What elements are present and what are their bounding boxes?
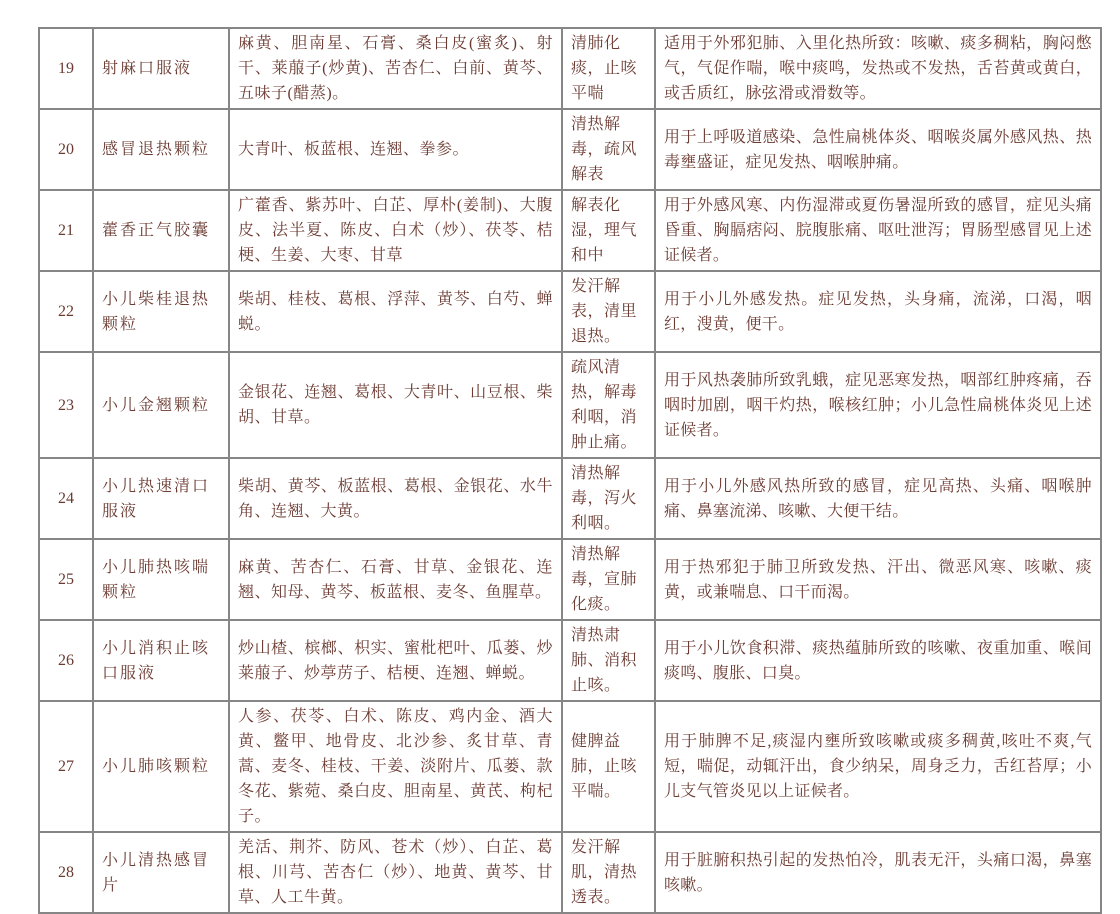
row-number: 25 xyxy=(39,539,93,620)
function-cell: 清热解毒，宣肺化痰。 xyxy=(562,539,655,620)
table-row: 20 感冒退热颗粒 大青叶、板蓝根、连翘、拳参。 清热解毒，疏风解表 用于上呼吸… xyxy=(39,109,1101,190)
medicine-name: 小儿热速清口服液 xyxy=(93,458,229,539)
function-cell: 发汗解表，清里退热。 xyxy=(562,271,655,352)
indication-cell: 用于小儿饮食积滞、痰热蕴肺所致的咳嗽、夜重加重、喉间痰鸣、腹胀、口臭。 xyxy=(655,620,1101,689)
function-cell: 清热解毒，疏风解表 xyxy=(562,109,655,190)
function-cell: 疏风清热，解毒利咽，消肿止痛。 xyxy=(562,352,655,458)
medicine-name: 藿香正气胶囊 xyxy=(93,190,229,271)
table-row: 21 藿香正气胶囊 广藿香、紫苏叶、白芷、厚朴(姜制)、大腹皮、法半夏、陈皮、白… xyxy=(39,190,1101,271)
function-cell: 解表化湿，理气和中 xyxy=(562,190,655,271)
row-number: 22 xyxy=(39,271,93,352)
medicine-name: 感冒退热颗粒 xyxy=(93,109,229,190)
medicine-name: 射麻口服液 xyxy=(93,28,229,109)
ingredients-cell: 广藿香、紫苏叶、白芷、厚朴(姜制)、大腹皮、法半夏、陈皮、白术（炒）、茯苓、桔梗… xyxy=(229,190,562,271)
table-row: 25 小儿肺热咳喘颗粒 麻黄、苦杏仁、石膏、甘草、金银花、连翘、知母、黄芩、板蓝… xyxy=(39,539,1101,620)
medicine-name: 小儿柴桂退热颗粒 xyxy=(93,271,229,352)
row-number: 21 xyxy=(39,190,93,271)
ingredients-cell: 麻黄、苦杏仁、石膏、甘草、金银花、连翘、知母、黄芩、板蓝根、麦冬、鱼腥草。 xyxy=(229,539,562,620)
indication-cell: 用于小儿外感风热所致的感冒，症见高热、头痛、咽喉肿痛、鼻塞流涕、咳嗽、大便干结。 xyxy=(655,458,1101,539)
medicine-table: 19 射麻口服液 麻黄、胆南星、石膏、桑白皮(蜜炙)、射干、莱菔子(炒黄)、苦杏… xyxy=(38,27,1102,689)
table-body: 19 射麻口服液 麻黄、胆南星、石膏、桑白皮(蜜炙)、射干、莱菔子(炒黄)、苦杏… xyxy=(39,28,1101,689)
indication-cell: 适用于外邪犯肺、入里化热所致：咳嗽、痰多稠粘，胸闷憋气，气促作喘，喉中痰鸣，发热… xyxy=(655,28,1101,109)
row-number: 20 xyxy=(39,109,93,190)
ingredients-cell: 大青叶、板蓝根、连翘、拳参。 xyxy=(229,109,562,190)
medicine-name: 小儿金翘颗粒 xyxy=(93,352,229,458)
row-number: 26 xyxy=(39,620,93,689)
indication-cell: 用于外感风寒、内伤湿滞或夏伤暑湿所致的感冒，症见头痛昏重、胸膈痞闷、脘腹胀痛、呕… xyxy=(655,190,1101,271)
medicine-name: 小儿消积止咳口服液 xyxy=(93,620,229,689)
ingredients-cell: 炒山楂、槟榔、枳实、蜜枇杷叶、瓜蒌、炒莱菔子、炒葶苈子、桔梗、连翘、蝉蜕。 xyxy=(229,620,562,689)
row-number: 23 xyxy=(39,352,93,458)
indication-cell: 用于风热袭肺所致乳蛾，症见恶寒发热，咽部红肿疼痛，吞咽时加剧，咽干灼热，喉核红肿… xyxy=(655,352,1101,458)
table-row: 23 小儿金翘颗粒 金银花、连翘、葛根、大青叶、山豆根、柴胡、甘草。 疏风清热，… xyxy=(39,352,1101,458)
indication-cell: 用于热邪犯于肺卫所致发热、汗出、微恶风寒、咳嗽、痰黄，或兼喘息、口干而渴。 xyxy=(655,539,1101,620)
ingredients-cell: 柴胡、黄芩、板蓝根、葛根、金银花、水牛角、连翘、大黄。 xyxy=(229,458,562,539)
row-number: 19 xyxy=(39,28,93,109)
table-row: 19 射麻口服液 麻黄、胆南星、石膏、桑白皮(蜜炙)、射干、莱菔子(炒黄)、苦杏… xyxy=(39,28,1101,109)
table-row: 22 小儿柴桂退热颗粒 柴胡、桂枝、葛根、浮萍、黄芩、白芍、蝉蜕。 发汗解表，清… xyxy=(39,271,1101,352)
function-cell: 清肺化痰，止咳平喘 xyxy=(562,28,655,109)
ingredients-cell: 金银花、连翘、葛根、大青叶、山豆根、柴胡、甘草。 xyxy=(229,352,562,458)
medicine-table-container: 19 射麻口服液 麻黄、胆南星、石膏、桑白皮(蜜炙)、射干、莱菔子(炒黄)、苦杏… xyxy=(38,27,1100,689)
function-cell: 清热解毒，泻火利咽。 xyxy=(562,458,655,539)
ingredients-cell: 柴胡、桂枝、葛根、浮萍、黄芩、白芍、蝉蜕。 xyxy=(229,271,562,352)
indication-cell: 用于小儿外感发热。症见发热，头身痛，流涕，口渴，咽红，溲黄，便干。 xyxy=(655,271,1101,352)
row-number: 24 xyxy=(39,458,93,539)
indication-cell: 用于上呼吸道感染、急性扁桃体炎、咽喉炎属外感风热、热毒壅盛证，症见发热、咽喉肿痛… xyxy=(655,109,1101,190)
table-row: 24 小儿热速清口服液 柴胡、黄芩、板蓝根、葛根、金银花、水牛角、连翘、大黄。 … xyxy=(39,458,1101,539)
ingredients-cell: 麻黄、胆南星、石膏、桑白皮(蜜炙)、射干、莱菔子(炒黄)、苦杏仁、白前、黄芩、五… xyxy=(229,28,562,109)
medicine-name: 小儿肺热咳喘颗粒 xyxy=(93,539,229,620)
table-row: 26 小儿消积止咳口服液 炒山楂、槟榔、枳实、蜜枇杷叶、瓜蒌、炒莱菔子、炒葶苈子… xyxy=(39,620,1101,689)
function-cell: 清热肃肺、消积止咳。 xyxy=(562,620,655,689)
